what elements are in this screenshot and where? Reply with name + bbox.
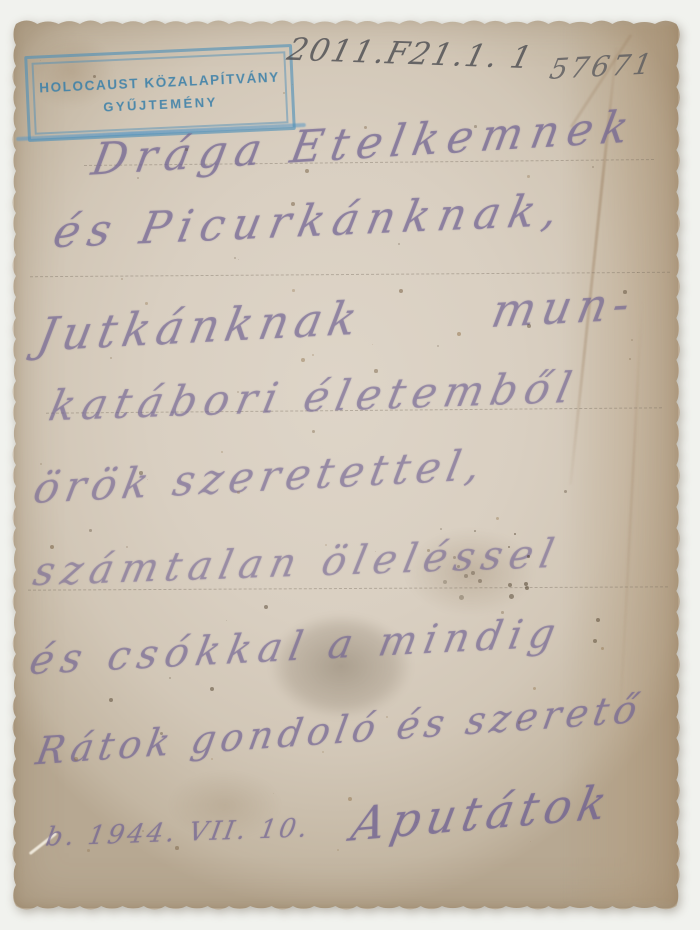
speck-dot — [399, 289, 403, 293]
speck-dot — [301, 358, 305, 362]
speck-dot — [142, 830, 144, 832]
speck-dot — [398, 243, 400, 245]
speck-dot — [525, 586, 529, 590]
speck-dot — [593, 639, 597, 643]
dotted-guide-line — [30, 272, 670, 277]
speck-dot — [126, 546, 128, 548]
speck-dot — [637, 272, 638, 273]
speck-dot — [631, 339, 633, 341]
crease-line — [619, 300, 643, 720]
speck-dot — [237, 491, 240, 494]
inventory-number: 57671 — [547, 47, 657, 86]
paper-shadow-wrap: HOLOCAUST KÖZALAPÍTVÁNY GYŰJTEMÉNY 2011.… — [0, 0, 700, 930]
speck-dot — [322, 751, 324, 753]
speck-dot — [592, 166, 594, 168]
speck-dot — [596, 618, 600, 622]
speck-dot — [121, 278, 123, 280]
speck-dot — [238, 259, 239, 260]
speck-dot — [527, 175, 530, 178]
photo-paper-back: HOLOCAUST KÖZALAPÍTVÁNY GYŰJTEMÉNY 2011.… — [0, 0, 700, 930]
speck-dot — [89, 529, 92, 532]
speck-dot — [527, 324, 531, 328]
speck-dot — [518, 721, 521, 724]
speck-dot — [530, 841, 531, 842]
speck-dot — [453, 556, 456, 559]
speck-dot — [601, 647, 604, 650]
speck-dot — [443, 580, 447, 584]
handwriting-line-8: Rátok gondoló és szerető — [33, 687, 646, 774]
archive-stamp-inner-border: HOLOCAUST KÖZALAPÍTVÁNY GYŰJTEMÉNY — [31, 51, 288, 134]
speck-dot — [474, 125, 477, 128]
speck-dot — [74, 757, 78, 761]
speck-dot — [137, 177, 139, 179]
speck-dot — [372, 344, 373, 345]
speck-dot — [337, 849, 339, 851]
speck-dot — [564, 490, 567, 493]
speck-dot — [471, 571, 475, 575]
speck-dot — [437, 345, 439, 347]
scan-background: HOLOCAUST KÖZALAPÍTVÁNY GYŰJTEMÉNY 2011.… — [0, 0, 700, 930]
speck-dot — [175, 846, 179, 850]
speck-dot — [312, 354, 314, 356]
speck-dot — [264, 605, 268, 609]
speck-dot — [292, 289, 295, 292]
stamp-text-line1: HOLOCAUST KÖZALAPÍTVÁNY — [39, 69, 280, 95]
speck-dot — [427, 549, 430, 552]
accession-number: 2011.F21.1. 1 — [284, 32, 537, 76]
handwriting-line-4: katábori életemből — [45, 363, 583, 431]
speck-dot — [364, 126, 367, 129]
speck-dot — [474, 530, 476, 532]
handwriting-line-2: és Picurkánknak, — [49, 185, 570, 259]
speck-dot — [110, 357, 112, 359]
speck-dot — [623, 290, 627, 294]
handwriting-line-6: számtalan öleléssel — [29, 531, 564, 596]
speck-dot — [234, 257, 236, 259]
speck-dot — [237, 391, 239, 393]
right-edge-stain — [562, 24, 682, 904]
speck-dot — [210, 687, 214, 691]
speck-dot — [527, 555, 530, 558]
speck-dot — [464, 574, 468, 578]
speck-dot — [226, 620, 227, 621]
speck-dot — [325, 544, 327, 546]
speck-dot — [501, 611, 504, 614]
speck-dot — [348, 797, 352, 801]
speck-dot — [312, 430, 315, 433]
speck-dot — [629, 358, 631, 360]
speck-dot — [533, 687, 536, 690]
handwriting-signature: Aputátok — [347, 774, 617, 852]
speck-dot — [87, 849, 90, 852]
speck-dot — [508, 583, 512, 587]
speck-dot — [440, 528, 442, 530]
speck-dot — [145, 302, 148, 305]
speck-dot — [169, 677, 171, 679]
speck-dot — [160, 732, 163, 735]
speck-dot — [509, 594, 514, 599]
speck-dot — [514, 533, 516, 535]
speck-dot — [305, 169, 309, 173]
handwriting-line-5: örök szeretettel, — [29, 440, 490, 513]
speck-dot — [139, 471, 143, 475]
handwriting-line-7: és csókkal a mindig — [26, 610, 566, 684]
handwriting-line-3: Jutkánknak mun- — [33, 276, 640, 362]
speck-dot — [374, 369, 378, 373]
speck-dot — [478, 579, 482, 583]
speck-dot — [109, 698, 113, 702]
speck-dot — [273, 793, 274, 794]
speck-dot — [291, 202, 295, 206]
speck-dot — [459, 595, 464, 600]
speck-dot — [185, 148, 188, 151]
speck-dot — [40, 463, 42, 465]
stamp-text-line2: GYŰJTEMÉNY — [103, 94, 218, 114]
speck-dot — [496, 517, 499, 520]
speck-dot — [40, 60, 41, 61]
